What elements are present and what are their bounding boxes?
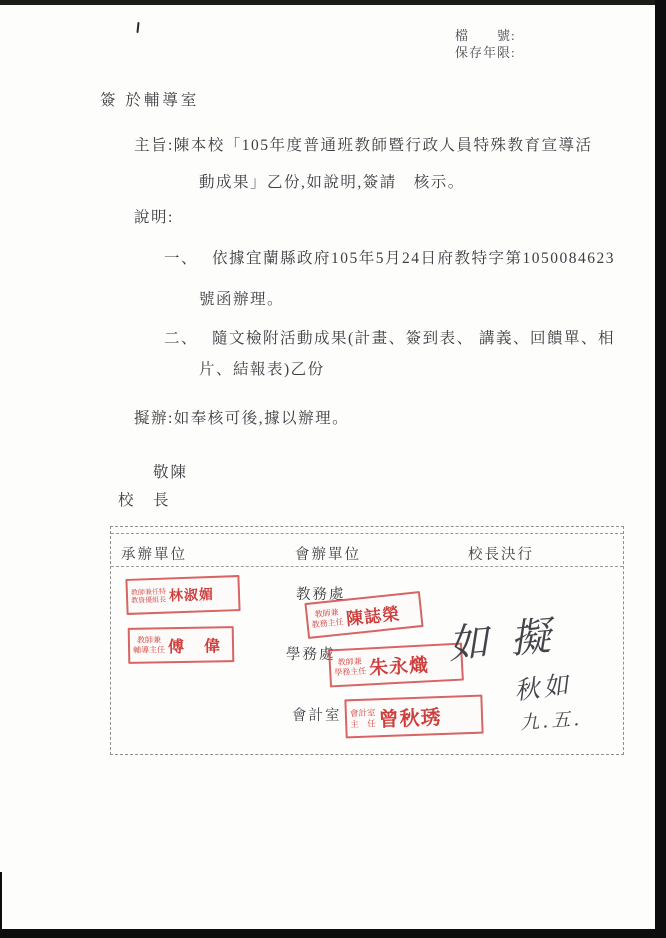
file-number-block: 檔 號: 保存年限: bbox=[455, 27, 516, 61]
scan-edge-bottom bbox=[0, 929, 666, 938]
stamp-lin-shu-mei: 教師兼任特 教資優組長 林淑媚 bbox=[125, 575, 240, 615]
file-number-label: 檔 號: bbox=[455, 27, 516, 44]
subject-line-1: 主旨:陳本校「105年度普通班教師暨行政人員特殊教育宣導活 bbox=[134, 133, 593, 155]
item-2-text: 隨文檢附活動成果(計畫、簽到表、 講義、回饋單、相 bbox=[212, 326, 615, 348]
handwritten-date: 九.五. bbox=[519, 704, 583, 735]
stamp-name: 林淑媚 bbox=[169, 584, 215, 606]
header-undertaking-unit: 承辦單位 bbox=[121, 543, 187, 564]
stamp-title: 教師兼 輔導主任 bbox=[133, 636, 165, 656]
stamp-title: 會計室 主 任 bbox=[350, 708, 376, 729]
retention-period-label: 保存年限: bbox=[455, 44, 516, 61]
respectfully-submitted: 敬陳 bbox=[153, 460, 188, 482]
stamp-title: 教師兼 學務主任 bbox=[334, 657, 367, 678]
scan-artifact-mark bbox=[136, 22, 139, 33]
scanned-memo-page: 檔 號: 保存年限: 簽 於輔導室 主旨:陳本校「105年度普通班教師暨行政人員… bbox=[0, 0, 666, 938]
header-principal-decision: 校長決行 bbox=[468, 543, 534, 564]
stamp-zeng-qiu-xiu: 會計室 主 任 曾秋琇 bbox=[344, 695, 483, 739]
scan-edge-left bbox=[0, 872, 2, 929]
explanation-label: 說明: bbox=[134, 205, 174, 227]
unit-label-accounting-office: 會計室 bbox=[292, 704, 342, 725]
stamp-title: 教師兼任特 教資優組長 bbox=[131, 587, 167, 605]
scan-edge-top bbox=[0, 0, 666, 5]
explanation-item-1-line-2: 號函辦理。 bbox=[199, 287, 284, 309]
scan-edge-right bbox=[655, 0, 666, 938]
header-co-organizing-unit: 會辦單位 bbox=[295, 543, 361, 564]
explanation-item-2-line-2: 片、結報表)乙份 bbox=[199, 357, 325, 379]
stamp-title: 教師兼 教務主任 bbox=[310, 608, 344, 630]
stamp-name: 陳誌榮 bbox=[345, 599, 401, 630]
stamp-name: 傅 偉 bbox=[168, 633, 222, 657]
stamp-fu-wei: 教師兼 輔導主任 傅 偉 bbox=[128, 626, 235, 664]
handwritten-approval: 如擬 bbox=[446, 603, 574, 671]
explanation-item-1-line-1: 一、 依據宜蘭縣政府105年5月24日府教特字第1050084623 bbox=[164, 246, 615, 268]
principal-salutation: 校 長 bbox=[118, 488, 171, 510]
proposal-line: 擬辦:如奉核可後,據以辦理。 bbox=[134, 406, 349, 428]
item-1-number: 一、 bbox=[164, 246, 198, 268]
table-header-row: 承辦單位 會辦單位 校長決行 bbox=[111, 534, 623, 567]
stamp-name: 曾秋琇 bbox=[378, 701, 442, 732]
explanation-item-2-line-1: 二、 隨文檢附活動成果(計畫、簽到表、 講義、回饋單、相 bbox=[164, 326, 615, 348]
item-2-number: 二、 bbox=[164, 326, 198, 348]
stamp-zhu-yong-chi: 教師兼 學務主任 朱永熾 bbox=[328, 643, 464, 688]
stamp-name: 朱永熾 bbox=[368, 650, 429, 680]
item-1-text: 依據宜蘭縣政府105年5月24日府教特字第1050084623 bbox=[212, 246, 615, 268]
subject-line-2: 動成果」乙份,如說明,簽請 核示。 bbox=[199, 170, 465, 192]
handwritten-signature: 秋如 bbox=[512, 665, 574, 708]
doc-type-heading: 簽 於輔導室 bbox=[100, 88, 199, 110]
